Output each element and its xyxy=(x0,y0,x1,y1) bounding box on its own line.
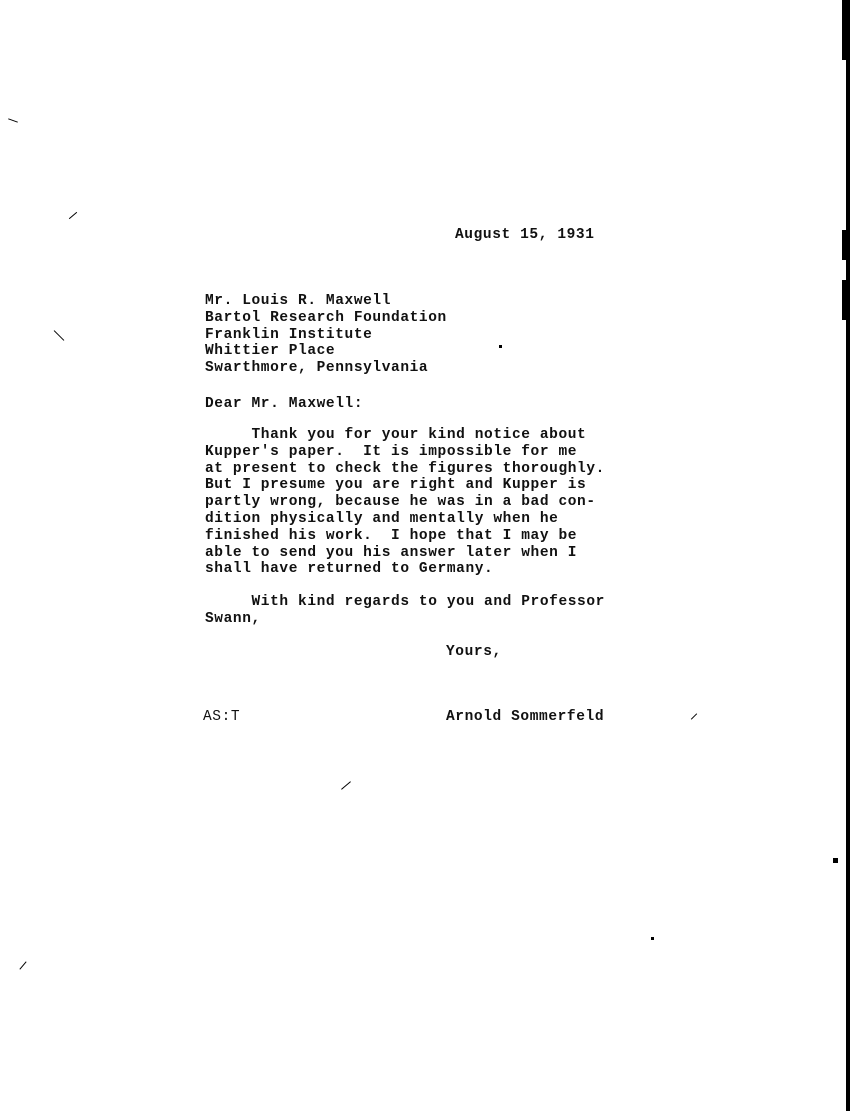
page-edge-shadow xyxy=(846,0,850,1111)
body-line: finished his work. I hope that I may be xyxy=(205,528,605,545)
body-line: shall have returned to Germany. xyxy=(205,561,605,578)
body-line: at present to check the figures thorough… xyxy=(205,461,605,478)
scan-speck xyxy=(833,858,838,863)
body-line: able to send you his answer later when I xyxy=(205,545,605,562)
salutation: Dear Mr. Maxwell: xyxy=(205,396,363,413)
page-edge-dark-mark xyxy=(842,0,848,60)
complimentary-close: Yours, xyxy=(446,644,502,661)
scan-mark xyxy=(54,330,65,341)
address-line: Swarthmore, Pennsylvania xyxy=(205,360,447,377)
body-line: Thank you for your kind notice about xyxy=(205,427,605,444)
scan-mark xyxy=(8,118,18,122)
scan-mark xyxy=(69,212,77,219)
signature-name: Arnold Sommerfeld xyxy=(446,709,604,726)
closing-paragraph: With kind regards to you and ProfessorSw… xyxy=(205,594,605,628)
address-line: Mr. Louis R. Maxwell xyxy=(205,293,447,310)
scan-mark xyxy=(691,713,697,719)
page-edge-speck xyxy=(842,230,846,260)
closing-line: With kind regards to you and Professor xyxy=(205,594,605,611)
address-line: Whittier Place xyxy=(205,343,447,360)
address-line: Franklin Institute xyxy=(205,327,447,344)
recipient-address: Mr. Louis R. MaxwellBartol Research Foun… xyxy=(205,293,447,377)
address-line: Bartol Research Foundation xyxy=(205,310,447,327)
letter-page: August 15, 1931 Mr. Louis R. MaxwellBart… xyxy=(0,0,850,1111)
page-edge-speck xyxy=(842,280,846,320)
letter-body: Thank you for your kind notice aboutKupp… xyxy=(205,427,605,578)
scan-speck xyxy=(651,937,654,940)
scan-mark xyxy=(19,961,26,969)
closing-line: Swann, xyxy=(205,611,605,628)
body-line: Kupper's paper. It is impossible for me xyxy=(205,444,605,461)
body-line: dition physically and mentally when he xyxy=(205,511,605,528)
body-line: But I presume you are right and Kupper i… xyxy=(205,477,605,494)
letter-date: August 15, 1931 xyxy=(455,227,595,244)
scan-speck xyxy=(499,345,502,348)
reference-initials: AS:T xyxy=(203,709,240,726)
scan-mark xyxy=(341,781,351,789)
body-line: partly wrong, because he was in a bad co… xyxy=(205,494,605,511)
